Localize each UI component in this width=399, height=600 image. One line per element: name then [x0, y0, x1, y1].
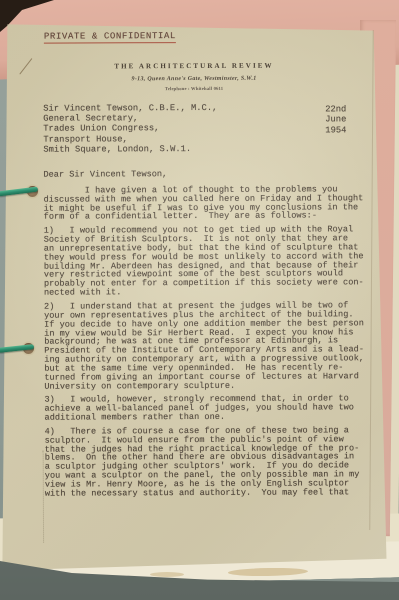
letterhead-address: 9-13, Queen Anne's Gate, Westminster, S.…: [29, 75, 359, 82]
salutation: Dear Sir Vincent Tewson,: [43, 169, 379, 179]
recipient-line: Sir Vincent Tewson, C.B.E., M.C.,: [43, 103, 217, 114]
date-line: 1954: [325, 125, 346, 135]
recipient-line: Smith Square, London, S.W.1.: [43, 144, 217, 155]
paragraph-3: 3) I would, however, strongly recommend …: [44, 395, 380, 423]
paragraph-2: 2) I understand that at present the judg…: [44, 301, 380, 391]
letterhead-title: THE ARCHITECTURAL REVIEW: [29, 61, 359, 70]
faint-margin-marks: [43, 451, 45, 543]
confidential-stamp: PRIVATE & CONFIDENTIAL: [44, 31, 176, 44]
paragraph-4: 4) There is of course a case for one of …: [45, 426, 381, 498]
paragraph-1: 1) I would recommend you not to get tied…: [44, 225, 380, 297]
paper-stain: [150, 572, 184, 577]
paragraph-intro: I have given a lot of thought to the pro…: [44, 185, 380, 222]
date-block: 22ndJune1954: [325, 104, 346, 135]
letterhead-telephone: Telephone : Whitehall 0611: [29, 85, 359, 91]
letter-page: PRIVATE & CONFIDENTIAL THE ARCHITECTURAL…: [0, 17, 393, 575]
letter-body: Dear Sir Vincent Tewson, I have given a …: [43, 169, 380, 503]
date-line: 22nd: [325, 104, 346, 114]
date-line: June: [325, 115, 346, 125]
recipient-address-block: Sir Vincent Tewson, C.B.E., M.C.,General…: [43, 103, 217, 155]
